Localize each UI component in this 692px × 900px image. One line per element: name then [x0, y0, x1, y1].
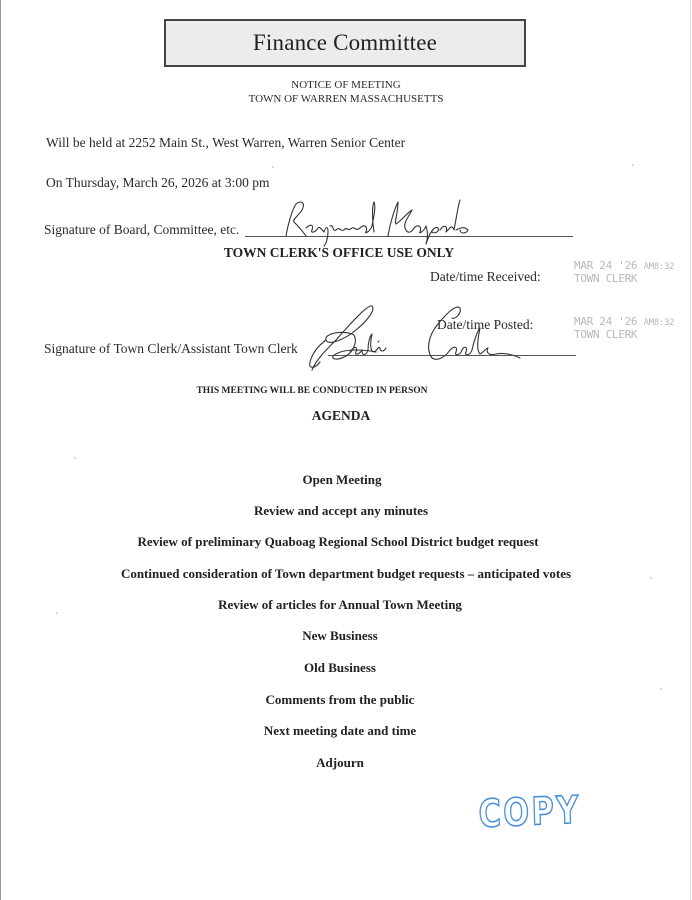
received-stamp-office: TOWN CLERK	[574, 273, 674, 285]
scan-speck	[660, 688, 662, 690]
agenda-item: Open Meeting	[0, 472, 688, 488]
meeting-format-notice: THIS MEETING WILL BE CONDUCTED IN PERSON	[0, 386, 658, 396]
page-title: Finance Committee	[253, 30, 437, 56]
town-name: TOWN OF WARREN MASSACHUSETTS	[0, 93, 692, 105]
board-signature-image	[282, 196, 472, 246]
agenda-heading: AGENDA	[0, 408, 687, 424]
received-stamp-time: AM8:32	[644, 262, 675, 272]
notice-of-meeting: NOTICE OF MEETING	[0, 79, 692, 91]
meeting-location: Will be held at 2252 Main St., West Warr…	[46, 135, 405, 151]
date-received-label: Date/time Received:	[430, 269, 541, 285]
board-signature-label: Signature of Board, Committee, etc.	[44, 222, 239, 238]
agenda-item: Old Business	[0, 660, 686, 676]
copy-stamp: COPY	[478, 788, 581, 836]
agenda-item: Adjourn	[0, 755, 686, 771]
agenda-item: Review and accept any minutes	[0, 503, 687, 519]
title-box: Finance Committee	[164, 19, 526, 67]
scan-speck	[56, 612, 58, 614]
scan-speck	[74, 457, 76, 459]
agenda-item: Next meeting date and time	[0, 723, 686, 739]
posted-stamp-time: AM8:32	[644, 318, 675, 328]
posted-stamp-office: TOWN CLERK	[574, 329, 674, 341]
meeting-notice-page: Finance Committee NOTICE OF MEETING TOWN…	[0, 0, 692, 900]
scan-edge-right	[690, 0, 691, 900]
agenda-item: New Business	[0, 628, 686, 644]
clerk-signature-label: Signature of Town Clerk/Assistant Town C…	[44, 341, 298, 357]
received-stamp: MAR 24 '26 AM8:32 TOWN CLERK	[574, 260, 674, 285]
agenda-item: Continued consideration of Town departme…	[0, 566, 692, 582]
clerk-signature-image	[306, 300, 526, 375]
meeting-date-time: On Thursday, March 26, 2026 at 3:00 pm	[46, 175, 269, 191]
scan-speck	[272, 166, 274, 168]
scan-speck	[632, 164, 634, 166]
posted-stamp: MAR 24 '26 AM8:32 TOWN CLERK	[574, 316, 674, 341]
agenda-item: Review of preliminary Quaboag Regional S…	[0, 534, 684, 550]
posted-stamp-date: MAR 24 '26	[574, 315, 637, 328]
agenda-item: Comments from the public	[0, 692, 686, 708]
received-stamp-date: MAR 24 '26	[574, 259, 637, 272]
scan-speck	[650, 577, 652, 579]
agenda-item: Review of articles for Annual Town Meeti…	[0, 597, 686, 613]
